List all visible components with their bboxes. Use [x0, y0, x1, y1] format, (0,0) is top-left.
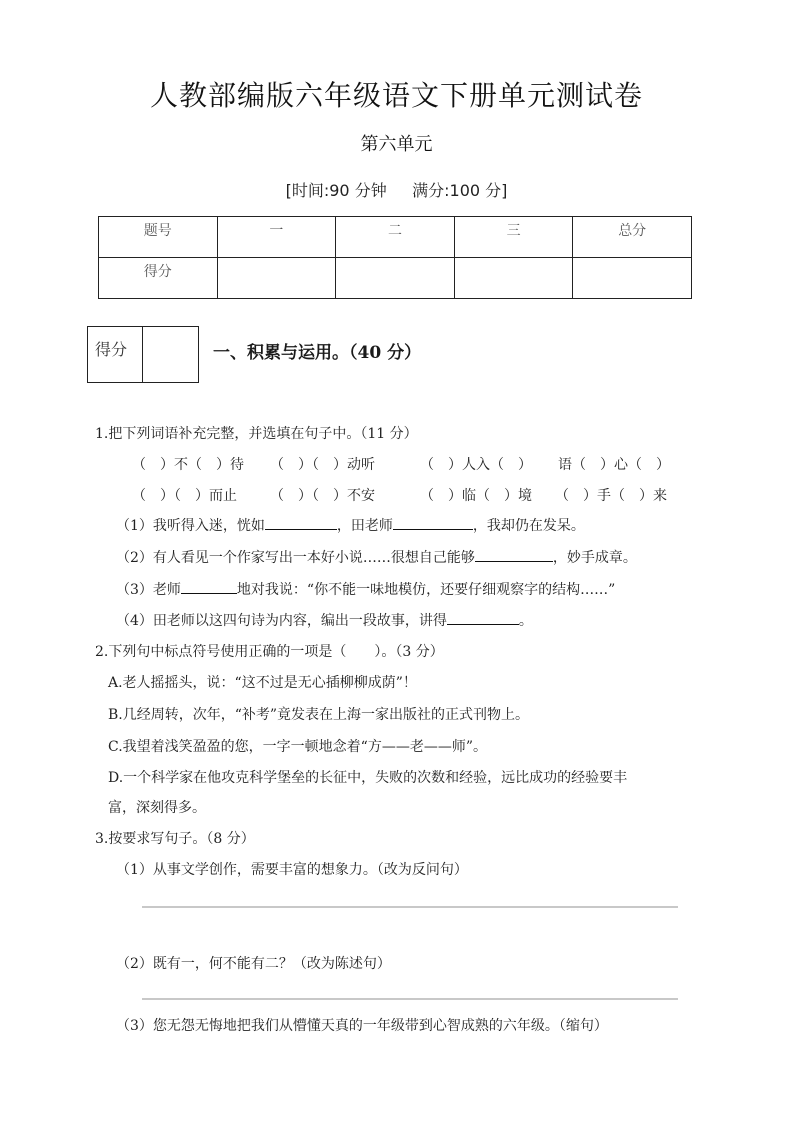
question-1-prompt: 1.把下列词语补充完整，并选填在句子中。（11 分） [95, 423, 418, 443]
score-table-cell: 一 [217, 217, 336, 258]
sentence-text: ，我却仍在发呆。 [473, 518, 585, 534]
option-a[interactable]: A.老人摇摇头，说：“这不过是无心插柳柳成荫”！ [108, 672, 417, 692]
sentence-text: 。 [519, 613, 533, 629]
sentence-text: ，妙手成章。 [553, 550, 637, 566]
idiom-item: 语（ ）心（ ） [558, 454, 670, 474]
section-score-input[interactable] [143, 327, 198, 382]
question-2-prompt: 2.下列句中标点符号使用正确的一项是（ ）。（3 分） [95, 641, 444, 661]
score-input-cell[interactable] [217, 258, 336, 299]
score-table-cell: 总分 [573, 217, 692, 258]
option-d[interactable]: D.一个科学家在他攻克科学堡垒的长征中，失败的次数和经验，远比成功的经验要丰 [108, 767, 627, 787]
idiom-item: （ ）手（ ）来 [555, 485, 667, 505]
rewrite-item: （1）从事文学创作，需要丰富的想象力。（改为反问句） [116, 859, 468, 879]
unit-subtitle: 第六单元 [0, 130, 793, 156]
score-input-cell[interactable] [573, 258, 692, 299]
option-b[interactable]: B.几经周转，次年，“补考”竟发表在上海一家出版社的正式刊物上。 [108, 704, 529, 724]
score-table-cell: 二 [336, 217, 455, 258]
answer-blank[interactable] [447, 610, 519, 625]
sentence-text: 地对我说：“你不能一味地模仿，还要仔细观察字的结构……” [237, 582, 615, 598]
exam-time-and-score: [时间:90 分钟 满分:100 分] [0, 178, 793, 201]
fill-sentence-2: （2）有人看见一个作家写出一本好小说……很想自己能够，妙手成章。 [116, 547, 637, 567]
idiom-item: （ ）人入（ ） [420, 454, 532, 474]
answer-blank[interactable] [181, 579, 237, 594]
score-input-cell[interactable] [454, 258, 573, 299]
idiom-item: （ ）不（ ）待 [132, 454, 244, 474]
score-table-cell: 得分 [99, 258, 218, 299]
section-heading: 一、积累与运用。（40 分） [213, 338, 421, 363]
answer-blank[interactable] [475, 547, 553, 562]
score-table-cell: 题号 [99, 217, 218, 258]
option-d-continued: 富，深刻得多。 [108, 797, 206, 817]
question-3-prompt: 3.按要求写句子。（8 分） [95, 828, 255, 848]
answer-blank[interactable] [393, 515, 473, 530]
sentence-text: （1）我听得入迷，恍如 [116, 518, 265, 534]
sentence-text: （2）有人看见一个作家写出一本好小说……很想自己能够 [116, 550, 475, 566]
score-table-score-row: 得分 [99, 258, 692, 299]
answer-line[interactable] [142, 906, 678, 908]
answer-line[interactable] [142, 998, 678, 1000]
rewrite-item: （3）您无怨无悔地把我们从懵懂天真的一年级带到心智成熟的六年级。（缩句） [116, 1015, 608, 1035]
idiom-item: （ ）（ ）动听 [270, 454, 375, 474]
sentence-text: （3）老师 [116, 582, 181, 598]
section-score-box: 得分 [87, 326, 199, 383]
option-c[interactable]: C.我望着浅笑盈盈的您，一字一顿地念着“方——老——师”。 [108, 736, 487, 756]
score-table-cell: 三 [454, 217, 573, 258]
score-input-cell[interactable] [336, 258, 455, 299]
sentence-text: ，田老师 [337, 518, 393, 534]
rewrite-item: （2）既有一，何不能有二？（改为陈述句） [116, 953, 391, 973]
idiom-item: （ ）（ ）不安 [270, 485, 375, 505]
fill-sentence-4: （4）田老师以这四句诗为内容，编出一段故事，讲得。 [116, 610, 533, 630]
answer-blank[interactable] [265, 515, 337, 530]
sentence-text: （4）田老师以这四句诗为内容，编出一段故事，讲得 [116, 613, 447, 629]
score-table-header-row: 题号 一 二 三 总分 [99, 217, 692, 258]
fill-sentence-3: （3）老师地对我说：“你不能一味地模仿，还要仔细观察字的结构……” [116, 579, 615, 599]
idiom-item: （ ）临（ ）境 [420, 485, 532, 505]
score-table: 题号 一 二 三 总分 得分 [98, 216, 692, 299]
page-title: 人教部编版六年级语文下册单元测试卷 [0, 74, 793, 114]
fill-sentence-1: （1）我听得入迷，恍如，田老师，我却仍在发呆。 [116, 515, 585, 535]
idiom-item: （ ）（ ）而止 [132, 485, 237, 505]
section-score-label: 得分 [88, 327, 143, 382]
